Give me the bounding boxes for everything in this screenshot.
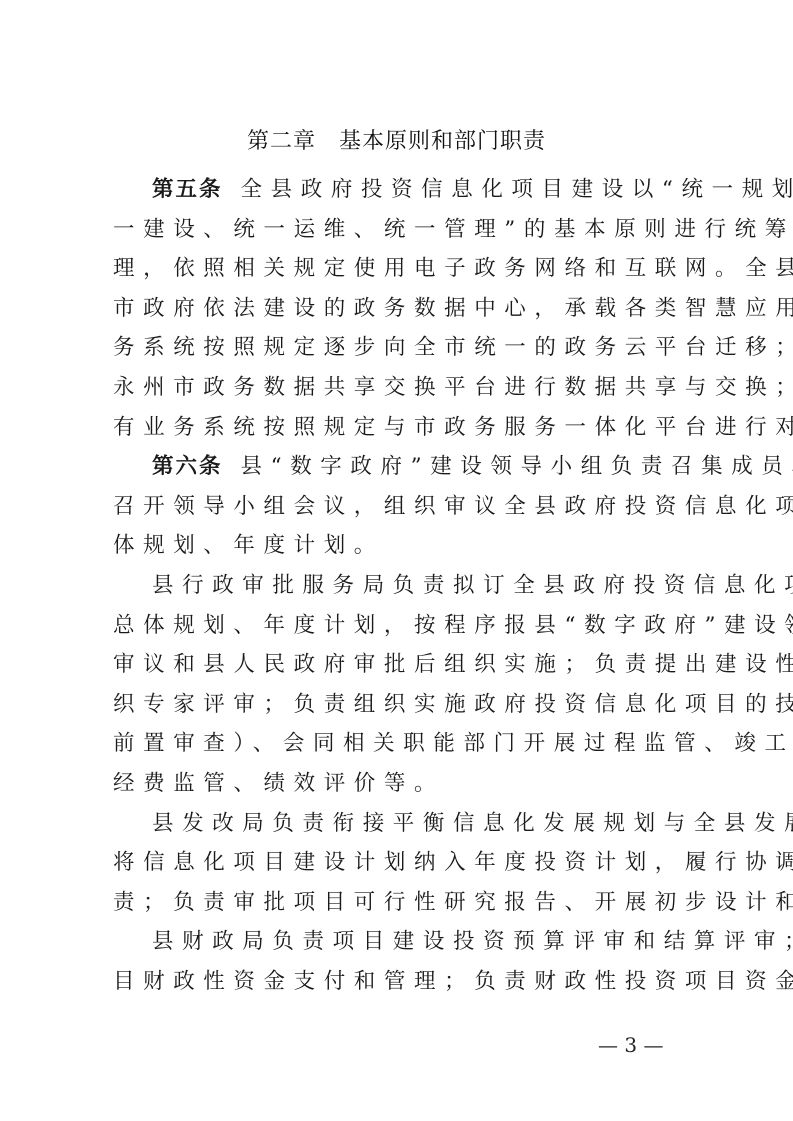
line-text: 审议和县人民政府审批后组织实施；负责提出建设性意见和组 xyxy=(113,652,793,677)
body-paragraph: 县发改局负责衔接平衡信息化发展规划与全县发展规划，将信息化项目建设计划纳入年度投… xyxy=(113,804,693,923)
line-text: 体规划、年度计划。 xyxy=(113,533,384,558)
text-line: 召开领导小组会议，组织审议全县政府投资信息化项目建设总 xyxy=(113,487,693,527)
line-text: 有业务系统按照规定与市政务服务一体化平台进行对接。 xyxy=(113,415,793,440)
line-text: 一建设、统一运维、统一管理”的基本原则进行统筹规划和管 xyxy=(113,217,793,242)
line-text: 永州市政务数据共享交换平台进行数据共享与交换；各部门自 xyxy=(113,375,793,400)
line-text: 总体规划、年度计划，按程序报县“数字政府”建设领导小组 xyxy=(113,613,793,638)
text-line: 总体规划、年度计划，按程序报县“数字政府”建设领导小组 xyxy=(113,606,693,646)
line-text: 责；负责审批项目可行性研究报告、开展初步设计和概算审查。 xyxy=(113,890,793,915)
article-number: 第五条 xyxy=(152,177,223,202)
article-paragraph: 第五条全县政府投资信息化项目建设以“统一规划、统一建设、统一运维、统一管理”的基… xyxy=(113,170,693,447)
document-body: 第五条全县政府投资信息化项目建设以“统一规划、统一建设、统一运维、统一管理”的基… xyxy=(113,170,693,1001)
text-line: 市政府依法建设的政务数据中心，承载各类智慧应用，现有业 xyxy=(113,289,693,329)
text-line: 审议和县人民政府审批后组织实施；负责提出建设性意见和组 xyxy=(113,645,693,685)
article-number: 第六条 xyxy=(152,454,223,479)
line-text: 县“数字政府”建设领导小组负责召集成员单位 xyxy=(241,454,793,479)
text-line: 务系统按照规定逐步向全市统一的政务云平台迁移；统一使用 xyxy=(113,328,693,368)
text-line: 永州市政务数据共享交换平台进行数据共享与交换；各部门自 xyxy=(113,368,693,408)
text-line: 体规划、年度计划。 xyxy=(113,526,693,566)
text-line: 将信息化项目建设计划纳入年度投资计划，履行协调监督等职 xyxy=(113,843,693,883)
text-line: 有业务系统按照规定与市政务服务一体化平台进行对接。 xyxy=(113,408,693,448)
article-paragraph: 第六条县“数字政府”建设领导小组负责召集成员单位召开领导小组会议，组织审议全县政… xyxy=(113,447,693,566)
text-line: 县行政审批服务局负责拟订全县政府投资信息化项目建设 xyxy=(113,566,693,606)
line-text: 县发改局负责衔接平衡信息化发展规划与全县发展规划， xyxy=(152,811,793,836)
line-text: 目财政性资金支付和管理；负责财政性投资项目资金绩效评价； xyxy=(113,969,793,994)
line-text: 前置审查）、会同相关职能部门开展过程监管、竣工验收、建设 xyxy=(113,731,793,756)
body-paragraph: 县财政局负责项目建设投资预算评审和结算评审；组织项目财政性资金支付和管理；负责财… xyxy=(113,922,693,1001)
line-text: 经费监管、绩效评价等。 xyxy=(113,771,444,796)
chapter-title: 第二章 基本原则和部门职责 xyxy=(0,124,793,155)
text-line: 目财政性资金支付和管理；负责财政性投资项目资金绩效评价； xyxy=(113,962,693,1002)
text-line: 织专家评审；负责组织实施政府投资信息化项目的技术评审（含 xyxy=(113,685,693,725)
document-page: 第二章 基本原则和部门职责 第五条全县政府投资信息化项目建设以“统一规划、统一建… xyxy=(0,0,793,1121)
line-text: 务系统按照规定逐步向全市统一的政务云平台迁移；统一使用 xyxy=(113,335,793,360)
page-number: — 3 — xyxy=(598,1033,663,1057)
line-text: 理，依照相关规定使用电子政务网络和互联网。全县统一使用 xyxy=(113,256,793,281)
text-line: 责；负责审批项目可行性研究报告、开展初步设计和概算审查。 xyxy=(113,883,693,923)
text-line: 县发改局负责衔接平衡信息化发展规划与全县发展规划， xyxy=(113,804,693,844)
text-line: 第六条县“数字政府”建设领导小组负责召集成员单位 xyxy=(113,447,693,487)
line-text: 织专家评审；负责组织实施政府投资信息化项目的技术评审（含 xyxy=(113,692,793,717)
text-line: 经费监管、绩效评价等。 xyxy=(113,764,693,804)
line-text: 县财政局负责项目建设投资预算评审和结算评审；组织项 xyxy=(152,929,793,954)
text-line: 县财政局负责项目建设投资预算评审和结算评审；组织项 xyxy=(113,922,693,962)
text-line: 前置审查）、会同相关职能部门开展过程监管、竣工验收、建设 xyxy=(113,724,693,764)
text-line: 理，依照相关规定使用电子政务网络和互联网。全县统一使用 xyxy=(113,249,693,289)
line-text: 市政府依法建设的政务数据中心，承载各类智慧应用，现有业 xyxy=(113,296,793,321)
line-text: 全县政府投资信息化项目建设以“统一规划、统 xyxy=(241,177,793,202)
line-text: 召开领导小组会议，组织审议全县政府投资信息化项目建设总 xyxy=(113,494,793,519)
text-line: 一建设、统一运维、统一管理”的基本原则进行统筹规划和管 xyxy=(113,210,693,250)
body-paragraph: 县行政审批服务局负责拟订全县政府投资信息化项目建设总体规划、年度计划，按程序报县… xyxy=(113,566,693,804)
text-line: 第五条全县政府投资信息化项目建设以“统一规划、统 xyxy=(113,170,693,210)
line-text: 将信息化项目建设计划纳入年度投资计划，履行协调监督等职 xyxy=(113,850,793,875)
line-text: 县行政审批服务局负责拟订全县政府投资信息化项目建设 xyxy=(152,573,793,598)
